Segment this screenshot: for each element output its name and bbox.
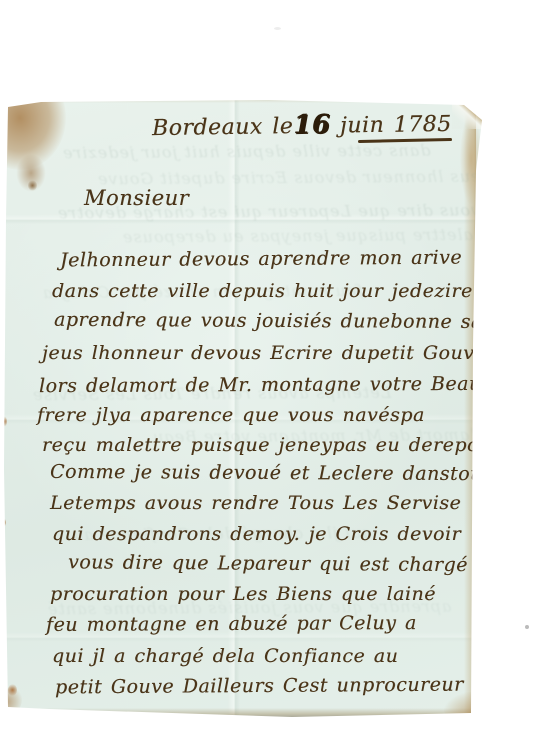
dog-ear-corner xyxy=(452,99,486,129)
dateline: Bordeaux le16 juin 1785 xyxy=(152,108,452,142)
letter-line: petit Gouve Dailleurs Cest unprocureur xyxy=(55,674,464,699)
letter-line: lors delamort de Mr. montagne votre Beau xyxy=(39,373,482,397)
letter-line: Comme je suis devoué et Leclere danstous xyxy=(50,461,493,485)
scan-speck xyxy=(274,27,281,30)
ghost-line: reçu malettre puisque jeneypas eu derepo… xyxy=(122,225,533,247)
letter-line: dans cette ville depuis huit jour jedezi… xyxy=(52,280,473,302)
letter-line: jeus lhonneur devous Ecrire dupetit Gouv… xyxy=(42,342,486,364)
dateline-le: le xyxy=(272,114,293,139)
letter-line: qui jl a chargé dela Confiance au xyxy=(52,645,398,667)
salutation: Monsieur xyxy=(84,186,189,210)
edge-speck xyxy=(1,518,6,527)
letter-line: frere jlya aparence que vous navéspa xyxy=(37,404,425,426)
letter-line: qui despandrons demoy. je Crois devoir xyxy=(52,523,461,545)
shadowed-bottom-edge xyxy=(6,708,480,718)
letter-paper: dans cette ville depuis huit jour jedezi… xyxy=(2,96,486,718)
stain-speck xyxy=(28,180,37,191)
edge-speck xyxy=(8,684,17,696)
letter-line: feu montagne en abuzé par Celuy a xyxy=(46,612,417,636)
browned-top-edge xyxy=(12,98,456,103)
letter-line: procuration pour Les Biens que lainé xyxy=(50,583,436,605)
dateline-day: 16 xyxy=(293,110,331,141)
stain-bottom-right-corner xyxy=(444,692,484,718)
dateline-place: Bordeaux xyxy=(152,115,263,142)
scan-background: dans cette ville depuis huit jour jedezi… xyxy=(0,0,533,753)
scan-speck xyxy=(525,625,529,629)
ghost-line: dans cette ville depuis huit jour jedezi… xyxy=(62,141,431,163)
letter-line: aprendre que vous jouisiés dunebonne san… xyxy=(54,309,516,333)
letter-line: vous dire que Lepareur qui est chargé de… xyxy=(68,551,533,576)
letter-line: reçu malettre puisque jeneypas eu derepo… xyxy=(42,434,514,456)
letter-line: Jelhonneur devous aprendre mon arive xyxy=(60,247,462,272)
letter-line: Letemps avous rendre Tous Les Servise xyxy=(50,492,461,514)
edge-speck xyxy=(1,416,7,427)
dateline-month-year: juin 1785 xyxy=(340,112,452,139)
